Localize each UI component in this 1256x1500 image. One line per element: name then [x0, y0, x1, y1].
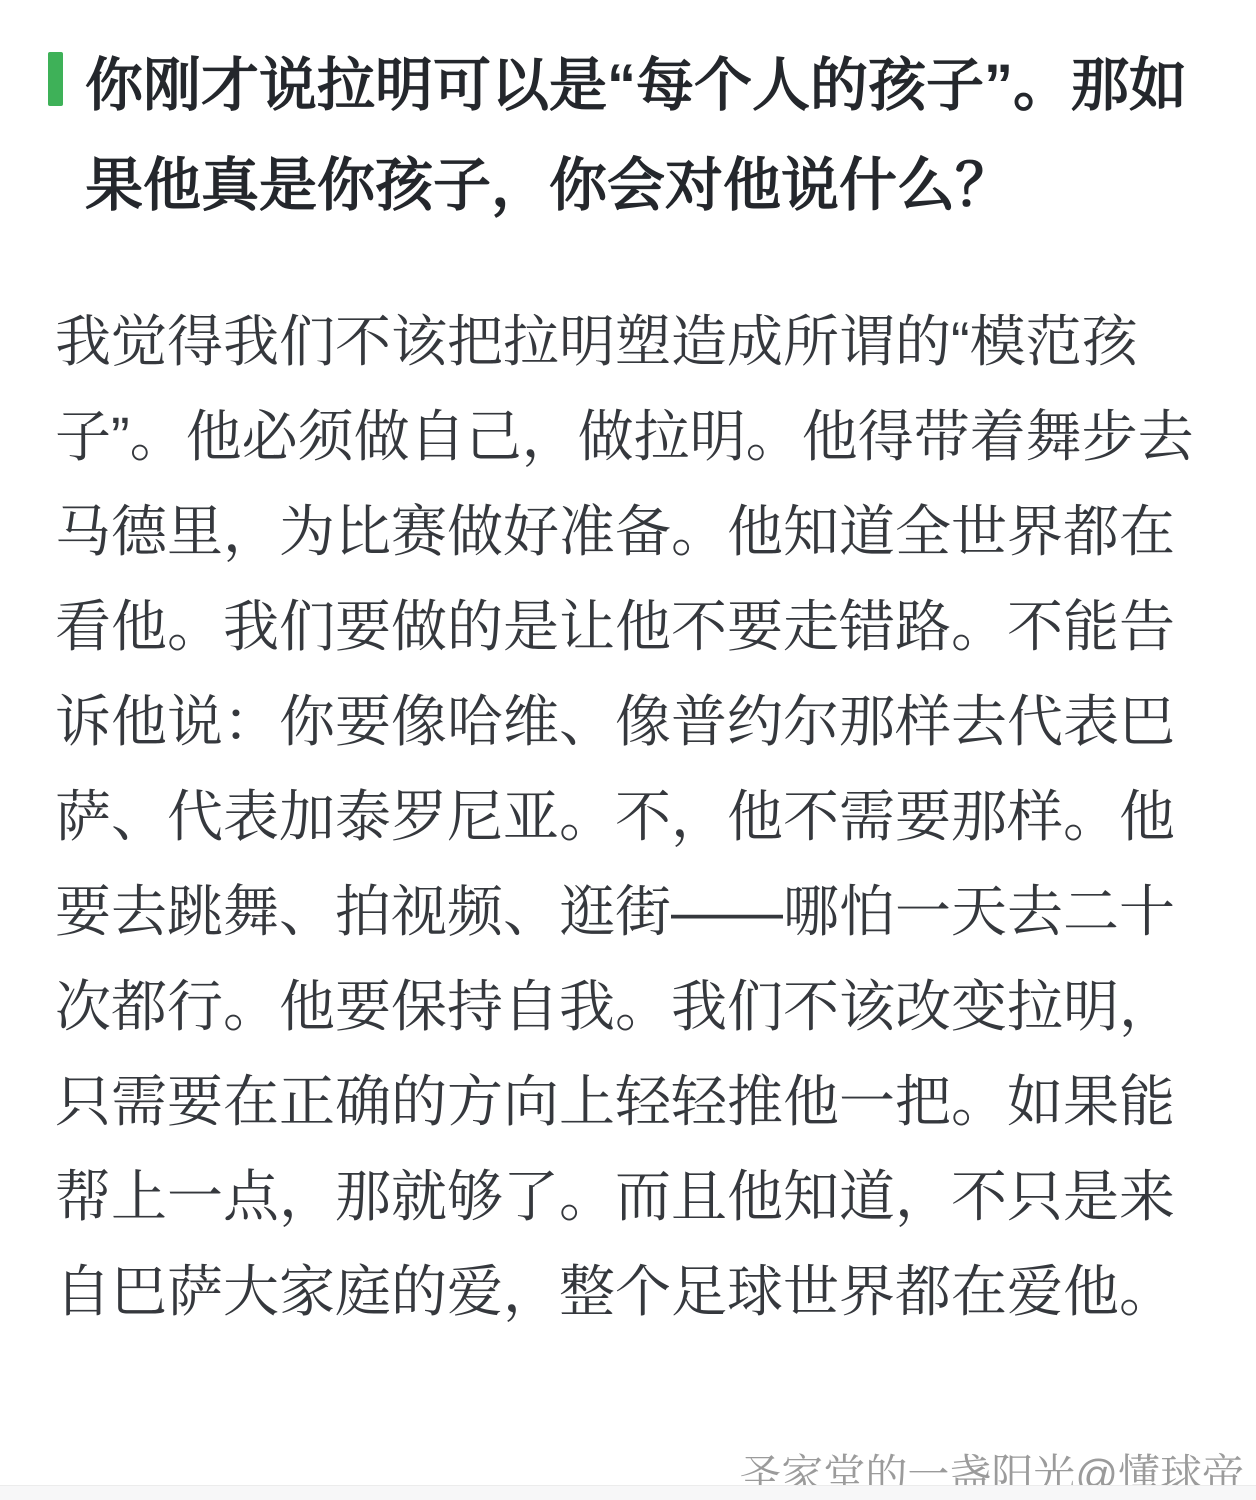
article-page: 你刚才说拉明可以是“每个人的孩子”。那如果他真是你孩子，你会对他说什么？ 我觉得…: [0, 0, 1256, 1500]
bottom-strip: [0, 1485, 1256, 1500]
question-heading: 你刚才说拉明可以是“每个人的孩子”。那如果他真是你孩子，你会对他说什么？: [85, 36, 1198, 236]
answer-paragraph: 我觉得我们不该把拉明塑造成所谓的“模范孩子”。他必须做自己，做拉明。他得带着舞步…: [55, 294, 1198, 1339]
question-block: 你刚才说拉明可以是“每个人的孩子”。那如果他真是你孩子，你会对他说什么？: [0, 0, 1256, 236]
quote-bar: [48, 52, 63, 106]
